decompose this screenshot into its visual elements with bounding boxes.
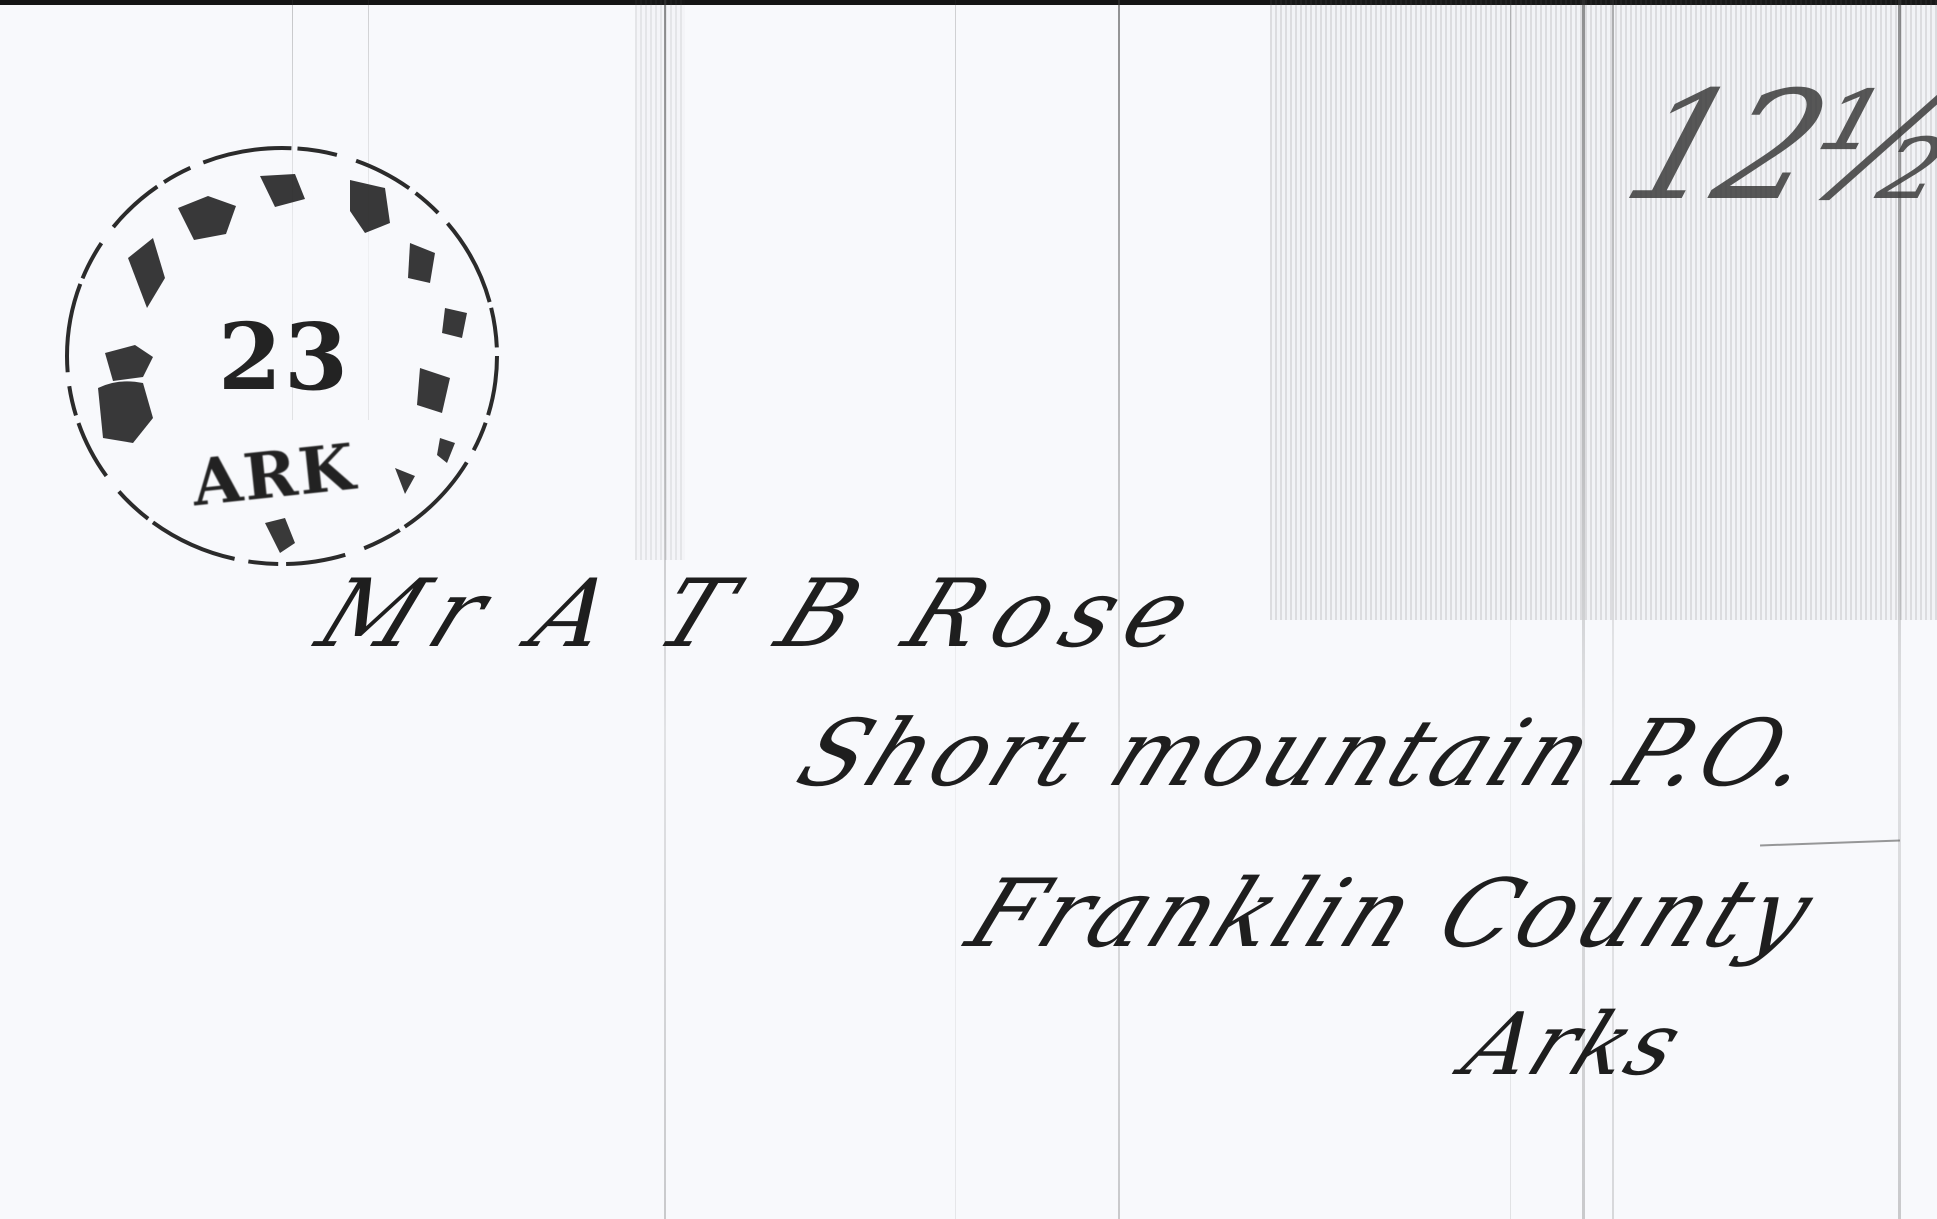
address-line-county: Franklin County	[953, 860, 1832, 969]
address-line-addressee: Mr A T B Rose	[303, 560, 1221, 669]
postage-rate-marking: 12½	[1607, 60, 1937, 234]
letter-cover: 23 ARK 12½ Mr A T B Rose Short mountain …	[0, 0, 1937, 1219]
circular-postmark: 23 ARK	[50, 138, 510, 568]
address-flourish-line	[1760, 840, 1900, 847]
address-line-state: Arks	[1450, 995, 1698, 1095]
scan-shading-center	[635, 0, 685, 560]
postmark-day: 23	[218, 303, 350, 411]
address-line-post-office: Short mountain P.O.	[783, 700, 1833, 807]
